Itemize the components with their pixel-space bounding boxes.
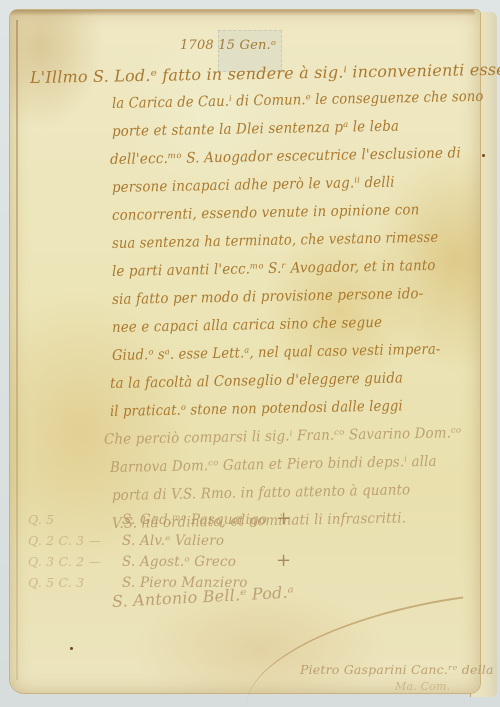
ink-spot bbox=[482, 154, 485, 157]
nominee-margin-note: Q. 2 C. 3 — bbox=[28, 533, 101, 548]
bottom-signature-line2: Ma. Com. bbox=[395, 680, 450, 693]
nominee-name: S. Alv.ᵉ Valiero bbox=[122, 533, 224, 549]
nominee-margin-note: Q. 5 bbox=[28, 512, 54, 527]
nominee-margin-note: Q. 3 C. 2 — bbox=[28, 554, 101, 569]
nominee-name: S. Gad.ᵐᵒ Pasqualigo bbox=[122, 512, 267, 528]
nominee-name: S. Agost.ᵒ Greco bbox=[122, 554, 236, 570]
cross-mark-icon: + bbox=[276, 550, 291, 571]
binding-gutter bbox=[16, 20, 18, 680]
page-top-edge bbox=[10, 10, 475, 16]
nominee-margin-note: Q. 5 C. 3 bbox=[28, 575, 84, 590]
date-heading: 1708 15 Gen.ᵒ bbox=[180, 38, 276, 53]
ink-spot bbox=[70, 647, 73, 650]
cross-mark-icon: + bbox=[276, 508, 291, 529]
bottom-signature-line1: Pietro Gasparini Canc.ʳᵉ della bbox=[300, 662, 494, 677]
